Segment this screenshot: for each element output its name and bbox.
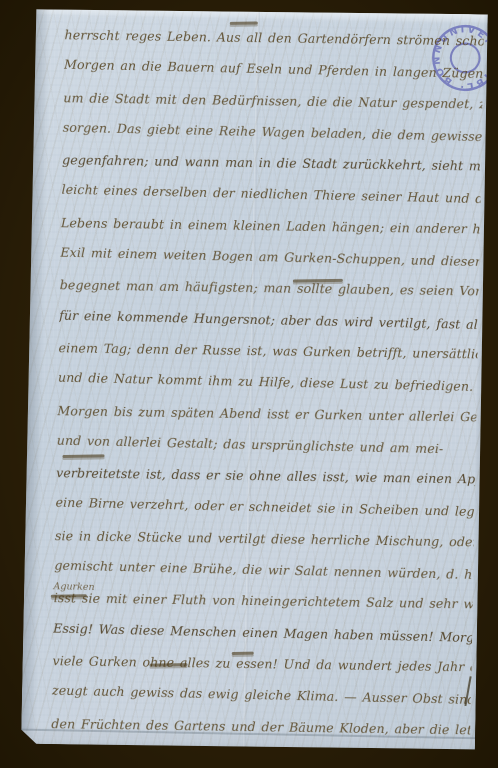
letter-text: herrscht reges Leben. Aus all den Garten…	[51, 18, 484, 752]
strikethrough-scribble	[150, 663, 188, 667]
strikethrough-scribble	[51, 594, 87, 598]
strikethrough-scribble	[230, 22, 258, 25]
interlinear-insertion: Agurken	[53, 581, 94, 593]
handwriting-line: den Früchten des Gartens und der Bäume K…	[51, 708, 470, 746]
scan-background: UNIVERS·BIBL· BONN herrscht reges Leben.…	[0, 0, 498, 768]
letter-page: UNIVERS·BIBL· BONN herrscht reges Leben.…	[21, 6, 489, 753]
strikethrough-scribble	[232, 652, 254, 655]
